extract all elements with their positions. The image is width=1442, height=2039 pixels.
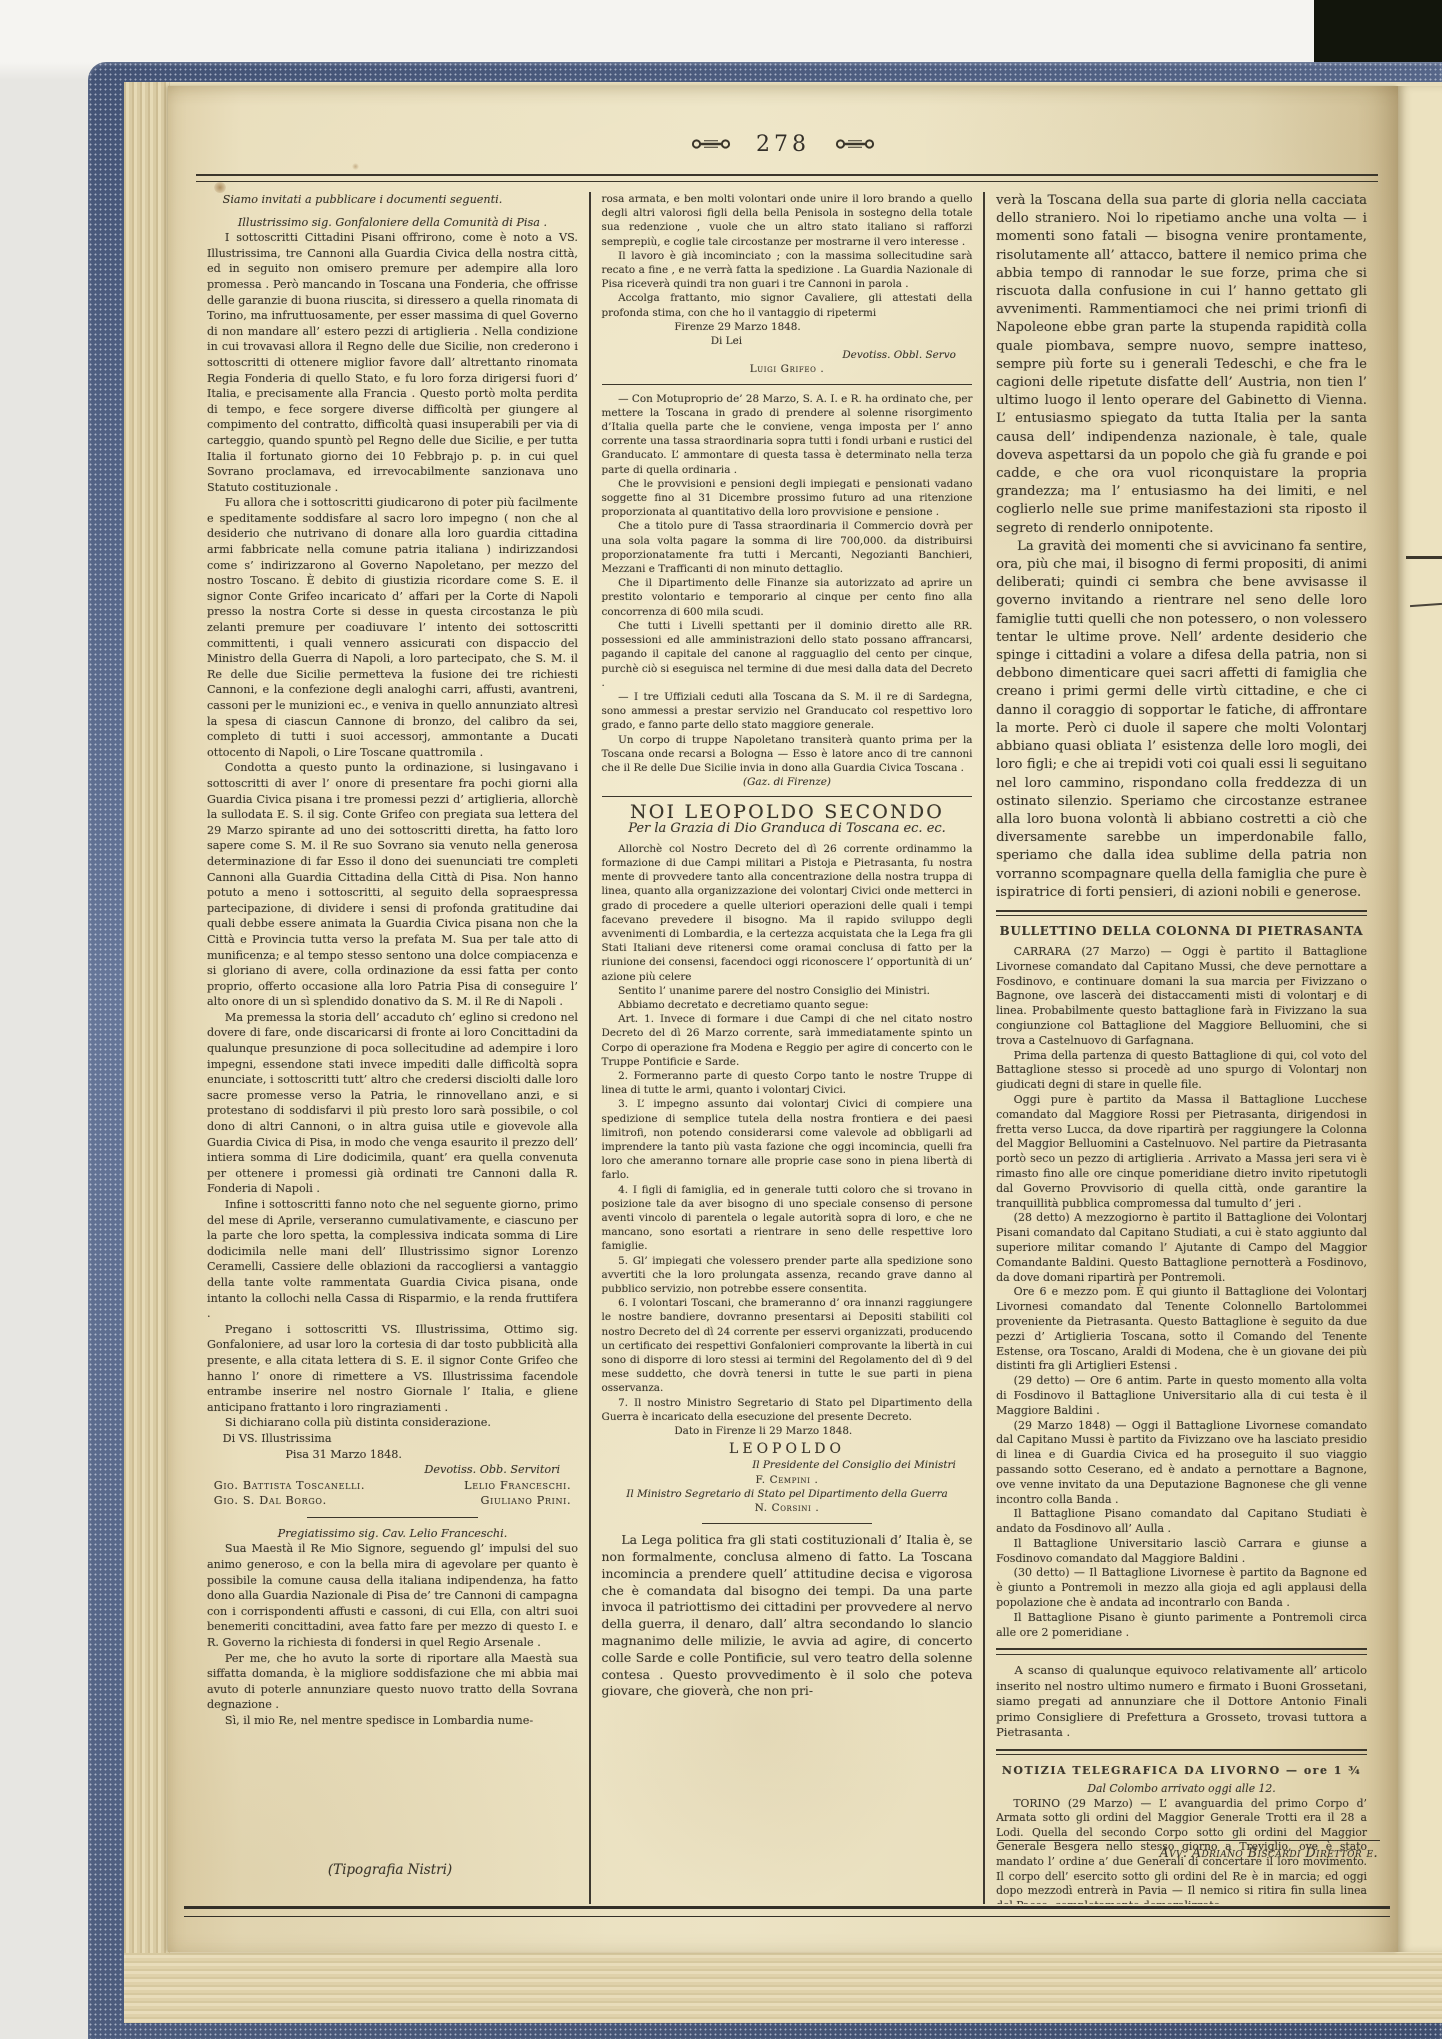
paragraph: Il lavoro è già incominciato ; con la ma…: [602, 249, 973, 292]
paragraph: Pregiatissimo sig. Cav. Lelio Franceschi…: [207, 1526, 578, 1542]
paragraph: CARRARA (27 Marzo) — Oggi è partito il B…: [996, 945, 1367, 1049]
paragraph: Che tutti i Livelli spettanti per il dom…: [602, 619, 973, 690]
divider-rule: [602, 384, 973, 385]
paragraph: Dal Colombo arrivato oggi alle 12.: [996, 1782, 1367, 1797]
paragraph: I sottoscritti Cittadini Pisani offriron…: [207, 230, 578, 495]
paragraph: Art. 1. Invece di formare i due Campi di…: [602, 1012, 973, 1069]
paragraph: Ma premessa la storia dell’ accaduto ch’…: [207, 1010, 578, 1197]
column-left: Siamo invitati a pubblicare i documenti …: [196, 192, 589, 1904]
paragraph: 3. L’ impegno assunto dai volontarj Civi…: [602, 1097, 973, 1182]
paragraph: Il Battaglione Pisano comandato dal Capi…: [996, 1507, 1367, 1537]
printer-imprint: (Tipografia Nistri): [200, 1862, 580, 1878]
section-heading: NOI LEOPOLDO SECONDO: [602, 805, 973, 819]
paragraph: (29 detto) — Ore 6 antim. Parte in quest…: [996, 1374, 1367, 1418]
signature: Giuliano Prini.: [481, 1493, 572, 1509]
column-right: verà la Toscana della sua parte di glori…: [985, 192, 1378, 1904]
paragraph: Luigi Grifeo .: [602, 362, 973, 376]
divider-rule: [996, 910, 1367, 917]
page-stack-left-edge: [124, 82, 170, 2023]
adjacent-page-edge: [1398, 86, 1442, 1952]
paragraph: 2. Formeranno parte di questo Corpo tant…: [602, 1069, 973, 1097]
paragraph: Firenze 29 Marzo 1848.: [602, 320, 973, 334]
bottom-double-rule: [184, 1906, 1390, 1917]
director-credit: Avv. Adriano Biscardi Direttor e.: [978, 1846, 1378, 1861]
paragraph: rosa armata, e ben molti volontari onde …: [602, 192, 973, 249]
paragraph: Abbiamo decretato e decretiamo quanto se…: [602, 998, 973, 1012]
section-heading: LEOPOLDO: [602, 1442, 973, 1456]
paragraph: Sua Maestà il Re Mio Signore, seguendo g…: [207, 1541, 578, 1650]
paragraph: A scanso di qualunque equivoco relativam…: [996, 1663, 1367, 1741]
paragraph: Il Ministro Segretario di Stato pel Dipa…: [602, 1487, 973, 1501]
paragraph: Devotiss. Obb. Servitori: [207, 1462, 578, 1478]
paragraph: Un corpo di truppe Napoletano transiterà…: [602, 733, 973, 776]
paragraph: Di Lei: [602, 334, 973, 348]
paragraph: — I tre Uffiziali ceduti alla Toscana da…: [602, 690, 973, 733]
section-heading: BULLETTINO DELLA COLONNA DI PIETRASANTA: [996, 924, 1367, 940]
column-center: rosa armata, e ben molti volontari onde …: [591, 192, 984, 1904]
paragraph: 6. I volontari Toscani, che brameranno d…: [602, 1296, 973, 1395]
paragraph: Pisa 31 Marzo 1848.: [207, 1447, 578, 1463]
paragraph: Siamo invitati a pubblicare i documenti …: [207, 192, 578, 208]
signature: Gio. S. Dal Borgo.: [214, 1493, 327, 1509]
paragraph: Illustrissimo sig. Gonfaloniere della Co…: [207, 215, 578, 231]
paragraph: Devotiss. Obbl. Servo: [602, 348, 973, 362]
divider-rule: [702, 1523, 873, 1524]
signature: Gio. Battista Toscanelli.: [214, 1478, 365, 1494]
paragraph: Che le provvisioni e pensioni degli impi…: [602, 477, 973, 520]
paragraph: Per me, che ho avuto la sorte di riporta…: [207, 1651, 578, 1713]
paragraph: La gravità dei momenti che si avvicinano…: [996, 538, 1367, 902]
page-stack-bottom-edge: [124, 1953, 1442, 2023]
paragraph: Fu allora che i sottoscritti giudicarono…: [207, 495, 578, 760]
printer-ornament-right-icon: [834, 136, 876, 152]
paragraph: Infine i sottoscritti fanno noto che nel…: [207, 1197, 578, 1322]
paragraph: (29 Marzo 1848) — Oggi il Battaglione Li…: [996, 1419, 1367, 1508]
paragraph: N. Corsini .: [602, 1501, 973, 1515]
paragraph: Condotta a questo punto la ordinazione, …: [207, 760, 578, 1010]
divider-rule: [996, 1648, 1367, 1655]
paragraph: Allorchè col Nostro Decreto del dì 26 co…: [602, 842, 973, 984]
paragraph: Il Battaglione Pisano è giunto parimente…: [996, 1611, 1367, 1641]
scanned-newspaper-photo: 278 Siamo invitati a pubblicare i docume…: [0, 0, 1442, 2039]
page-header: 278: [168, 124, 1398, 164]
section-heading: NOTIZIA TELEGRAFICA DA LIVORNO — ore 1 ¾: [996, 1763, 1367, 1779]
paragraph: La Lega politica fra gli stati costituzi…: [602, 1532, 973, 1700]
director-rule: [998, 1840, 1380, 1841]
paragraph: Che a titolo pure di Tassa straordinaria…: [602, 519, 973, 576]
paragraph: — Con Motuproprio de’ 28 Marzo, S. A. I.…: [602, 392, 973, 477]
paragraph: Di VS. Illustrissima: [207, 1431, 578, 1447]
paragraph: Accolga frattanto, mio signor Cavaliere,…: [602, 291, 973, 319]
signature: Lelio Franceschi.: [464, 1478, 571, 1494]
paragraph: verà la Toscana della sua parte di glori…: [996, 192, 1367, 538]
top-double-rule: [196, 174, 1378, 182]
paragraph: Oggi pure è partito da Massa il Battagli…: [996, 1093, 1367, 1211]
signature-row: Gio. S. Dal Borgo.Giuliano Prini.: [207, 1493, 578, 1509]
dark-backdrop: [1314, 0, 1442, 70]
adjacent-page-rule-fragment: [1406, 556, 1442, 559]
paragraph: 5. Gl’ impiegati che volessero prender p…: [602, 1254, 973, 1297]
paragraph: (Gaz. di Firenze): [602, 775, 973, 789]
paper-stain: [352, 163, 359, 170]
paragraph: (28 detto) A mezzogiorno è partito il Ba…: [996, 1211, 1367, 1285]
page-number: 278: [756, 132, 810, 157]
paragraph: 4. I figli di famiglia, ed in generale t…: [602, 1183, 973, 1254]
paragraph: Pregano i sottoscritti VS. Illustrissima…: [207, 1322, 578, 1416]
paragraph: Il Presidente del Consiglio dei Ministri: [602, 1458, 973, 1472]
paragraph: F. Cempini .: [602, 1473, 973, 1487]
paragraph: Ore 6 e mezzo pom. È qui giunto il Batta…: [996, 1285, 1367, 1374]
divider-rule: [996, 1749, 1367, 1756]
columns-container: Siamo invitati a pubblicare i documenti …: [196, 192, 1378, 1904]
paragraph: 7. Il nostro Ministro Segretario di Stat…: [602, 1396, 973, 1424]
paragraph: (30 detto) — Il Battaglione Livornese è …: [996, 1566, 1367, 1610]
section-heading: Per la Grazia di Dio Granduca di Toscana…: [602, 822, 973, 836]
paragraph: Che il Dipartimento delle Finanze sia au…: [602, 576, 973, 619]
paragraph: Sentito l’ unanime parere del nostro Con…: [602, 984, 973, 998]
divider-rule: [307, 1517, 478, 1518]
signature-row: Gio. Battista Toscanelli.Lelio Francesch…: [207, 1478, 578, 1494]
divider-rule: [602, 796, 973, 797]
paragraph: Si dichiarano colla più distinta conside…: [207, 1415, 578, 1431]
paragraph: Il Battaglione Universitario lasciò Carr…: [996, 1537, 1367, 1567]
paragraph: Prima della partenza di questo Battaglio…: [996, 1049, 1367, 1093]
printer-ornament-left-icon: [690, 136, 732, 152]
paragraph: Dato in Firenze li 29 Marzo 1848.: [602, 1424, 973, 1438]
paragraph: Sì, il mio Re, nel mentre spedisce in Lo…: [207, 1713, 578, 1729]
